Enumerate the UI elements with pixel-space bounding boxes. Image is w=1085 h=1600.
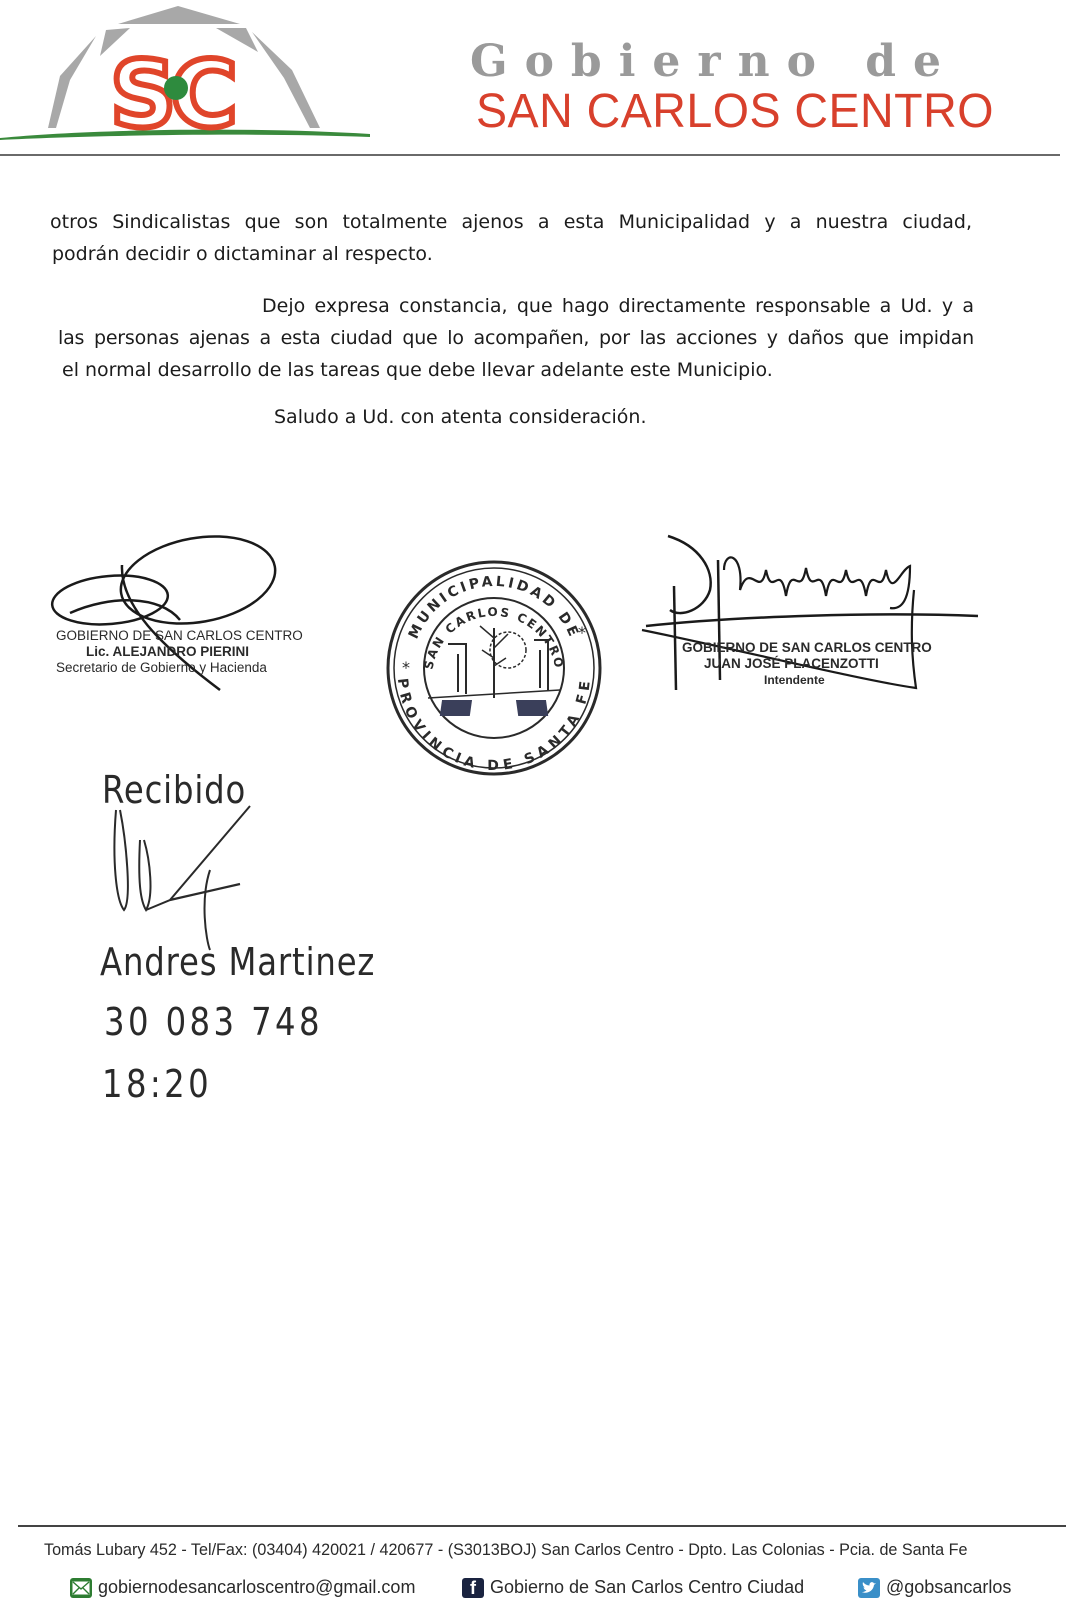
twitter-text[interactable]: @gobsancarlos <box>886 1577 1011 1598</box>
body-line-1: otros Sindicalistas que son totalmente a… <box>50 213 972 232</box>
twitter-icon <box>858 1578 880 1598</box>
contact-twitter[interactable]: @gobsancarlos <box>858 1577 1011 1598</box>
footer-address: Tomás Lubary 452 - Tel/Fax: (03404) 4200… <box>44 1540 967 1560</box>
signer-name: JUAN JOSÉ PLACENZOTTI <box>682 656 932 672</box>
body-line-5: el normal desarrollo de las tareas que d… <box>62 361 773 380</box>
signer-institution: GOBIERNO DE SAN CARLOS CENTRO <box>56 628 303 644</box>
signer-name: Lic. ALEJANDRO PIERINI <box>56 644 303 660</box>
body-line-2: podrán decidir o dictaminar al respecto. <box>52 245 433 264</box>
signer-role: Secretario de Gobierno y Hacienda <box>56 660 303 676</box>
municipal-stamp: MUNICIPALIDAD DE PROVINCIA DE SANTA FE S… <box>384 558 604 778</box>
signature-block-left: GOBIERNO DE SAN CARLOS CENTRO Lic. ALEJA… <box>56 628 303 676</box>
receiver-name: Andres Martinez <box>100 940 375 984</box>
receiver-signature <box>110 800 260 950</box>
header-divider <box>0 154 1060 156</box>
facebook-text[interactable]: Gobierno de San Carlos Centro Ciudad <box>490 1577 804 1598</box>
receiver-id-number: 30 083 748 <box>104 1000 323 1044</box>
received-time: 18:20 <box>102 1062 212 1106</box>
closing-salutation: Saludo a Ud. con atenta consideración. <box>274 408 647 427</box>
mail-icon <box>70 1578 92 1598</box>
body-line-3: Dejo expresa constancia, que hago direct… <box>262 297 974 316</box>
svg-text:*: * <box>402 658 410 677</box>
facebook-icon: f <box>462 1578 484 1598</box>
municipal-logo: SC <box>0 0 400 150</box>
footer-divider <box>18 1525 1066 1527</box>
email-text[interactable]: gobiernodesancarloscentro@gmail.com <box>98 1577 415 1598</box>
signature-block-right: GOBIERNO DE SAN CARLOS CENTRO JUAN JOSÉ … <box>682 640 932 688</box>
contact-facebook[interactable]: f Gobierno de San Carlos Centro Ciudad <box>462 1577 804 1598</box>
contact-email[interactable]: gobiernodesancarloscentro@gmail.com <box>70 1577 415 1598</box>
signer-role: Intendente <box>682 672 932 688</box>
brand-gobierno-de: Gobierno de <box>470 40 958 84</box>
brand-san-carlos-centro: SAN CARLOS CENTRO <box>476 88 994 136</box>
signer-institution: GOBIERNO DE SAN CARLOS CENTRO <box>682 640 932 656</box>
body-line-4: las personas ajenas a esta ciudad que lo… <box>58 329 974 348</box>
svg-text:*: * <box>578 623 586 642</box>
